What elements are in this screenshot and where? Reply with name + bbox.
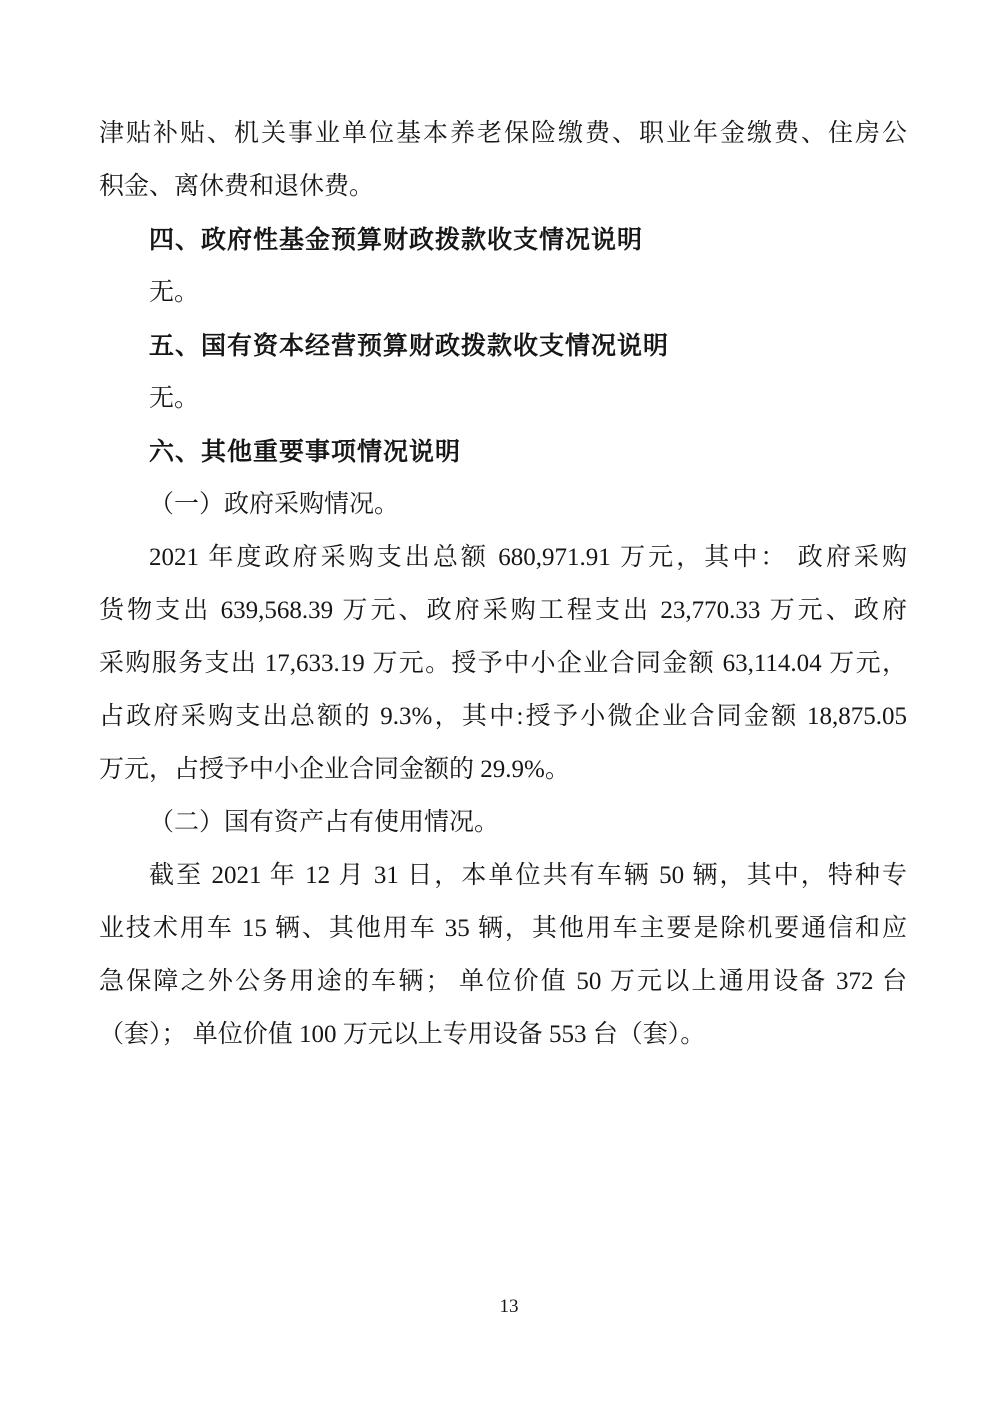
paragraph-line: 占政府采购支出总额的 9.3%，其中:授予小微企业合同金额 18,875.05 [99, 690, 907, 743]
paragraph-line: 2021 年度政府采购支出总额 680,971.91 万元，其中： 政府采购 [99, 531, 907, 584]
paragraph-line: 截至 2021 年 12 月 31 日，本单位共有车辆 50 辆，其中，特种专 [99, 849, 907, 902]
paragraph-line: （套）； 单位价值 100 万元以上专用设备 553 台（套）。 [99, 1008, 907, 1061]
paragraph-line: 货物支出 639,568.39 万元、政府采购工程支出 23,770.33 万元… [99, 584, 907, 637]
document-page: 津贴补贴、机关事业单位基本养老保险缴费、职业年金缴费、住房公 积金、离休费和退休… [0, 0, 1000, 1414]
paragraph-line: 采购服务支出 17,633.19 万元。授予中小企业合同金额 63,114.04… [99, 637, 907, 690]
paragraph-line: 万元，占授予中小企业合同金额的 29.9%。 [99, 743, 907, 796]
paragraph-line: 津贴补贴、机关事业单位基本养老保险缴费、职业年金缴费、住房公 [99, 107, 907, 160]
page-number: 13 [99, 1294, 919, 1320]
paragraph-line: 急保障之外公务用途的车辆； 单位价值 50 万元以上通用设备 372 台 [99, 955, 907, 1008]
subsection-2-title: （二）国有资产占有使用情况。 [99, 796, 907, 849]
section-heading-4: 四、政府性基金预算财政拨款收支情况说明 [99, 213, 907, 266]
subsection-1-title: （一）政府采购情况。 [99, 478, 907, 531]
section-5-body: 无。 [99, 372, 907, 425]
section-heading-5: 五、国有资本经营预算财政拨款收支情况说明 [99, 319, 907, 372]
section-heading-6: 六、其他重要事项情况说明 [99, 425, 907, 478]
section-4-body: 无。 [99, 266, 907, 319]
paragraph-line: 积金、离休费和退休费。 [99, 160, 907, 213]
document-body: 津贴补贴、机关事业单位基本养老保险缴费、职业年金缴费、住房公 积金、离休费和退休… [99, 107, 907, 1061]
paragraph-line: 业技术用车 15 辆、其他用车 35 辆，其他用车主要是除机要通信和应 [99, 902, 907, 955]
